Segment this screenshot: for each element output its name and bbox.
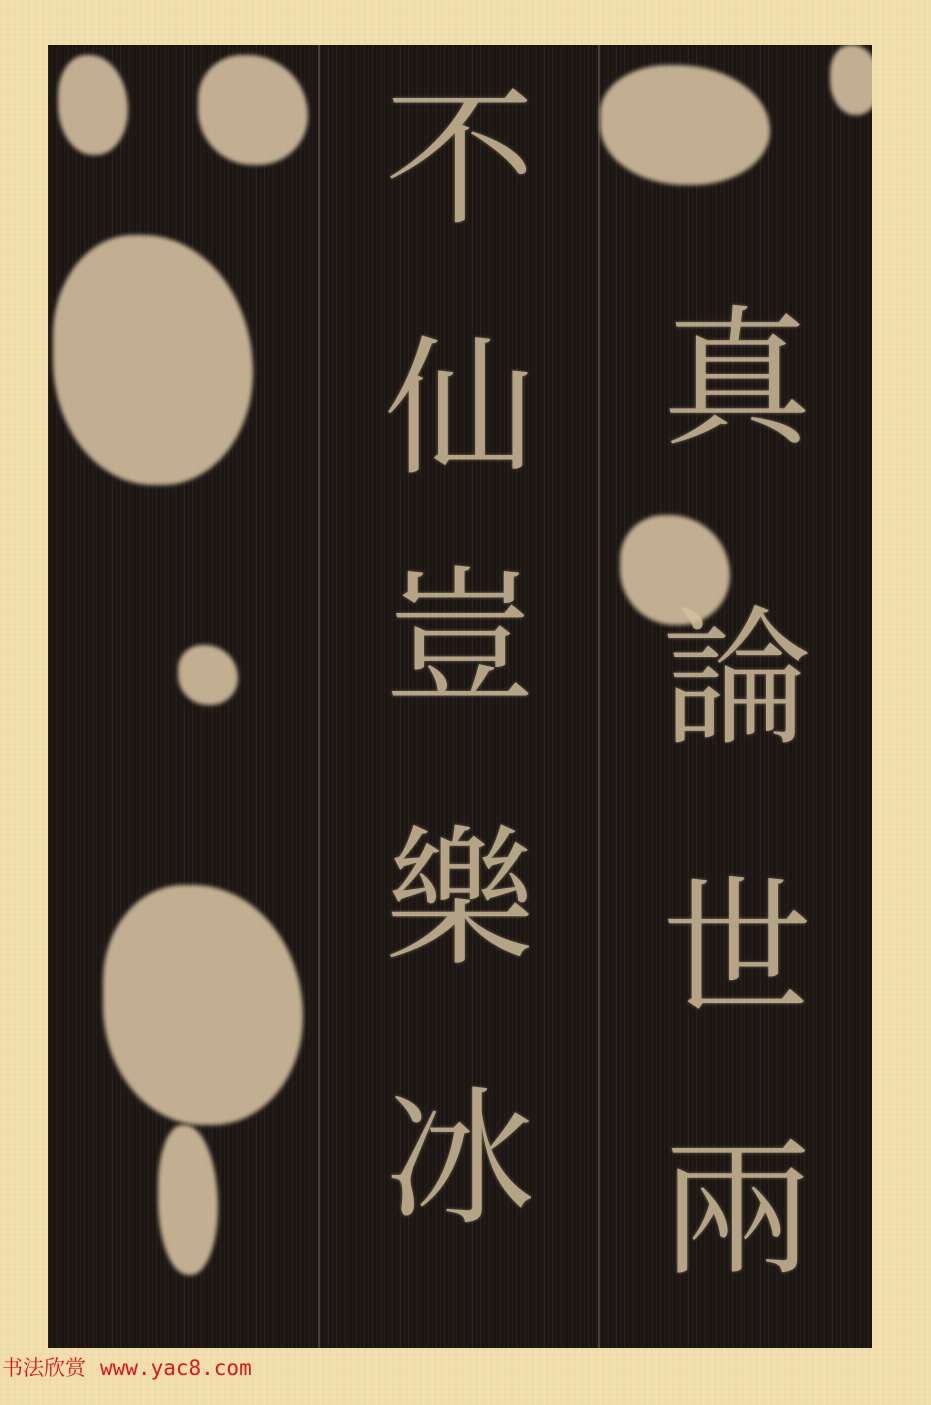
rubbing-column-2: 不 仙 豈 樂 冰	[318, 45, 600, 1348]
watermark-url: www.yac8.com	[100, 1356, 252, 1380]
carved-character: 兩	[600, 1135, 872, 1285]
site-watermark: 书法欣赏www.yac8.com	[2, 1352, 252, 1382]
worn-patch	[178, 645, 238, 705]
carved-character: 樂	[320, 825, 600, 975]
worn-patch	[600, 65, 770, 185]
carved-character: 世	[600, 875, 872, 1025]
worn-patch	[158, 1125, 218, 1275]
worn-patch	[103, 885, 303, 1125]
worn-patch	[830, 45, 872, 115]
carved-character: 冰	[320, 1085, 600, 1235]
carved-character: 豈	[320, 565, 600, 715]
rubbing-column-1	[48, 45, 318, 1348]
calligraphy-rubbing: 不 仙 豈 樂 冰 真 論 世 兩	[48, 45, 872, 1348]
carved-character: 真	[600, 305, 872, 455]
worn-patch	[53, 235, 253, 485]
watermark-site-name: 书法欣赏	[2, 1356, 86, 1380]
carved-character: 論	[600, 605, 872, 755]
carved-character: 仙	[320, 335, 600, 485]
worn-patch	[58, 55, 128, 155]
carved-character: 不	[320, 85, 600, 235]
rubbing-column-3: 真 論 世 兩	[598, 45, 872, 1348]
worn-patch	[198, 55, 308, 165]
